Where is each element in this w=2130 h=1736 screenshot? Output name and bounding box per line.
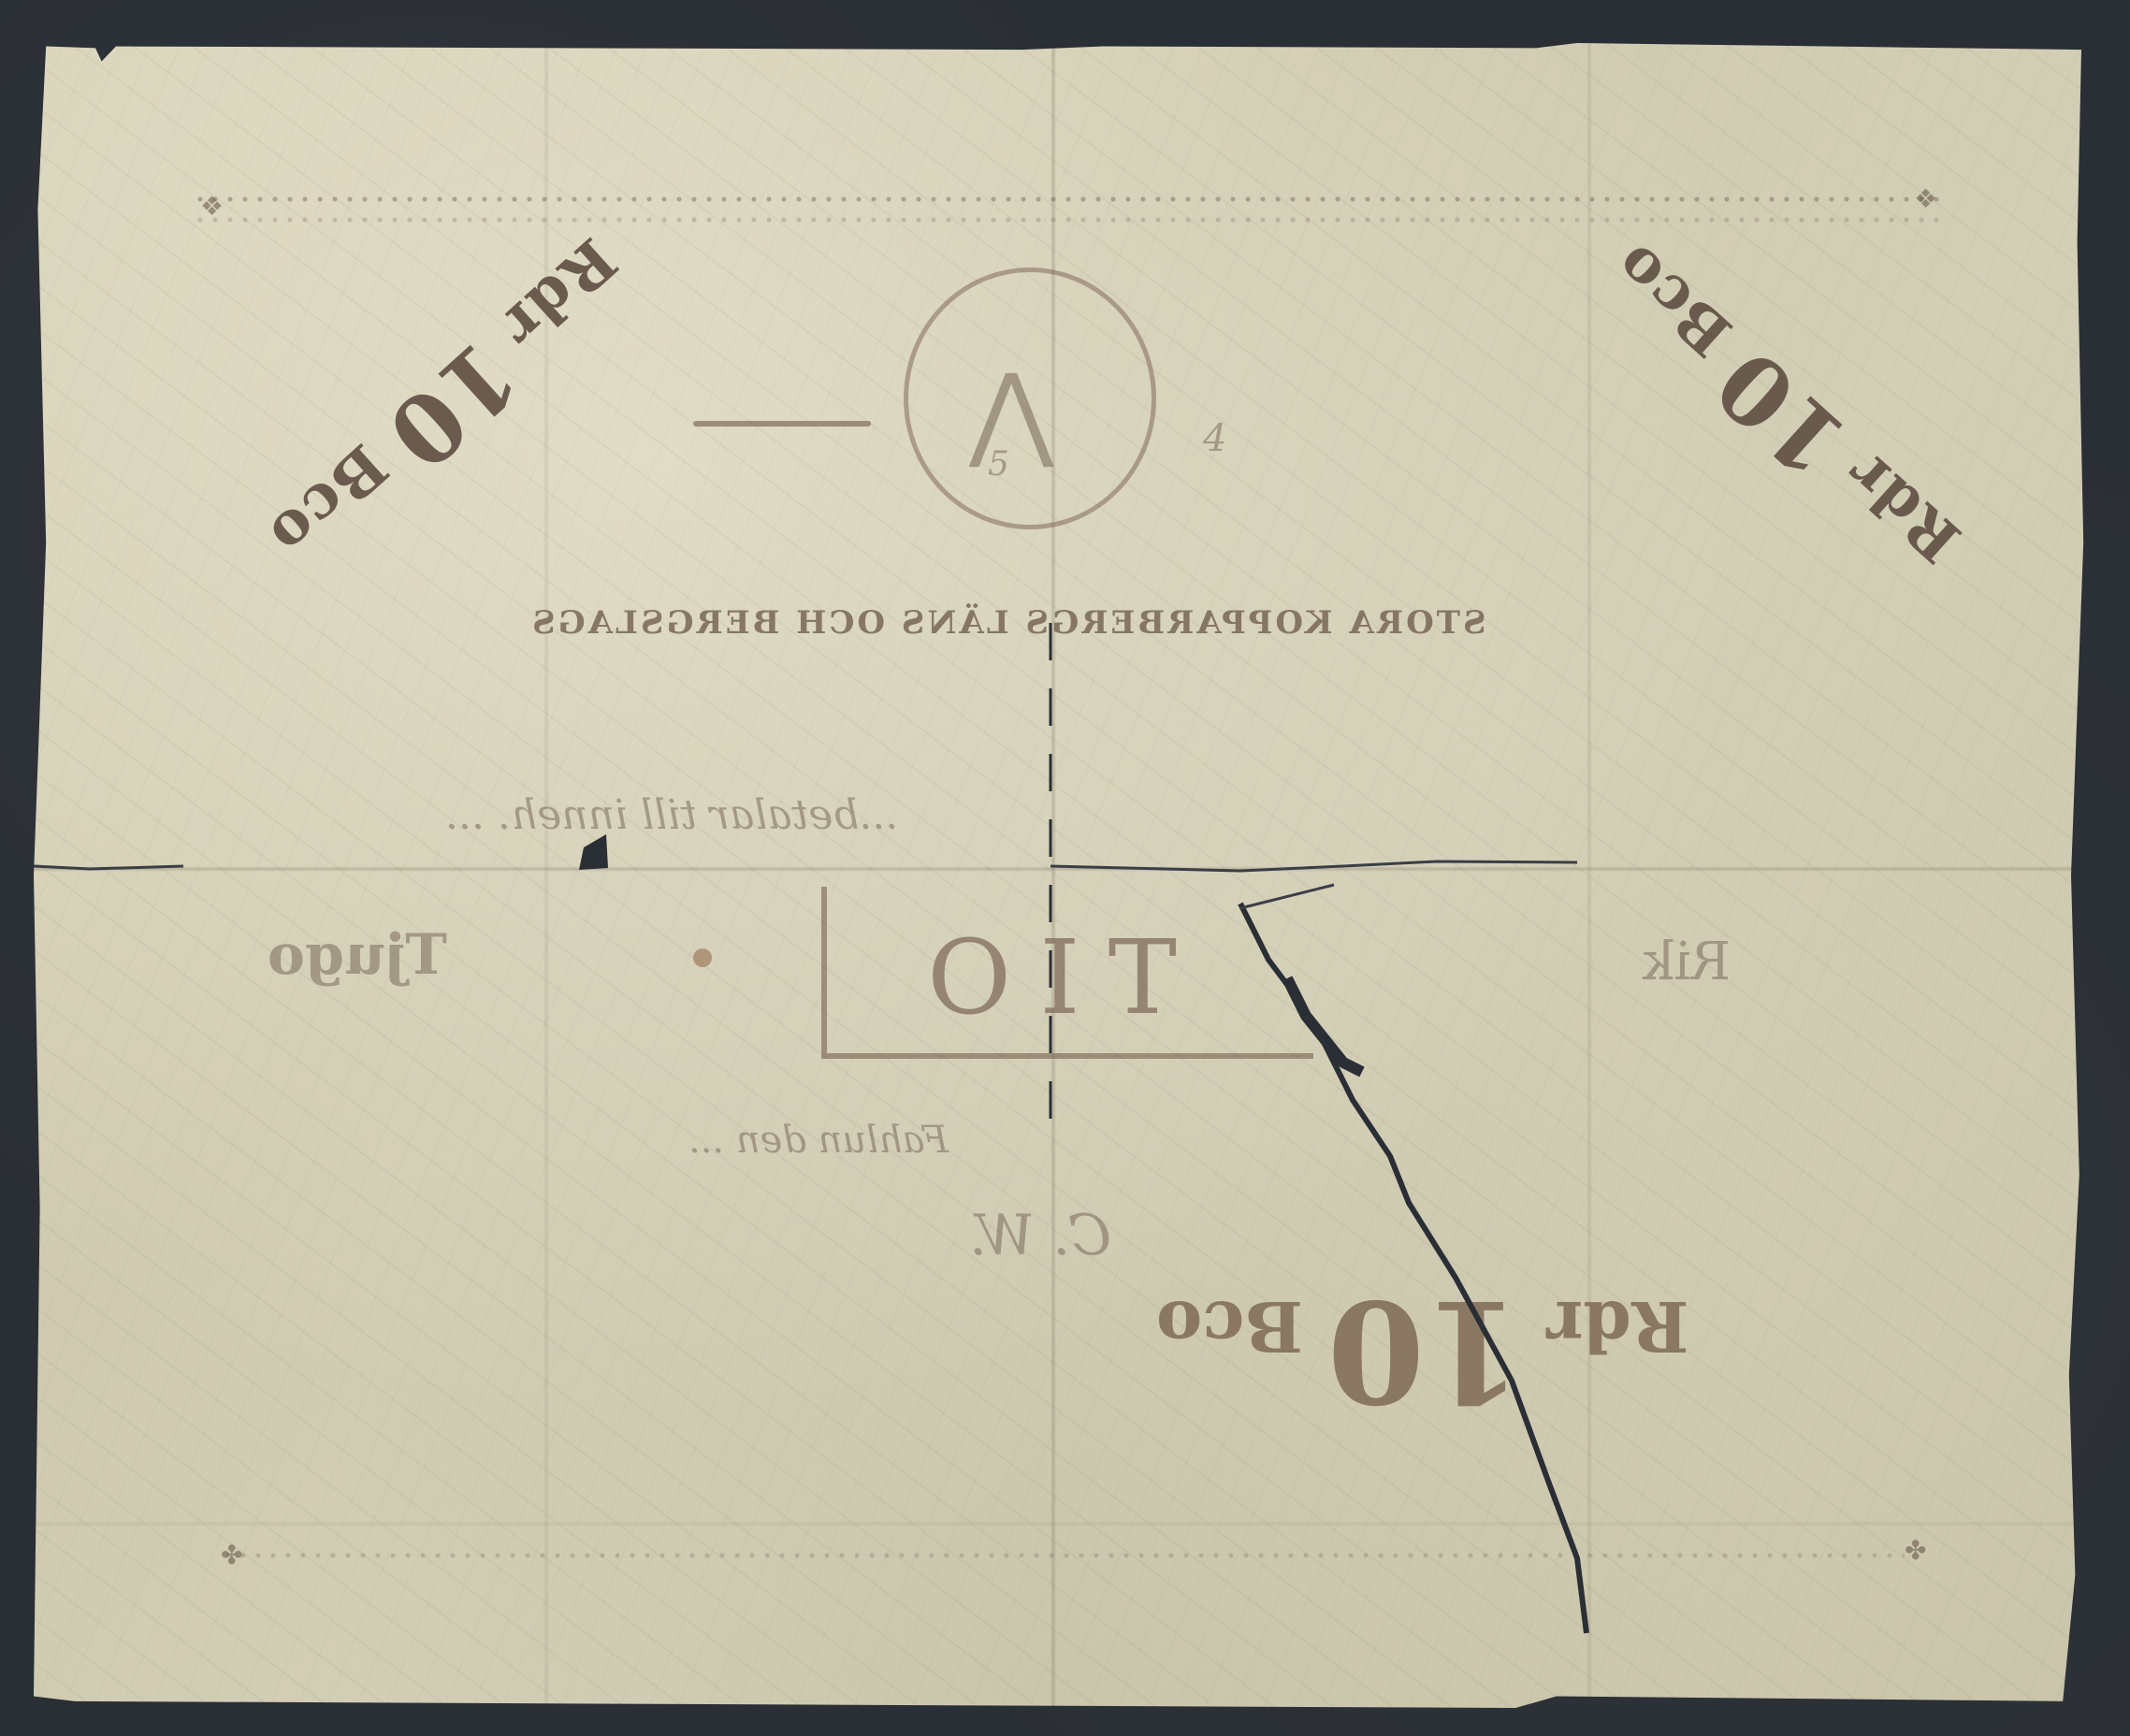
paper-tears bbox=[34, 43, 2092, 1708]
fold-crack bbox=[1051, 861, 1577, 871]
hole bbox=[579, 834, 608, 870]
banknote: ❖ ❖ ✤ ✤ Rdr 10 Bco Rdr 10 Bco ⋀ 5 4 STOR… bbox=[34, 43, 2092, 1708]
diagonal-tear bbox=[1240, 904, 1587, 1633]
